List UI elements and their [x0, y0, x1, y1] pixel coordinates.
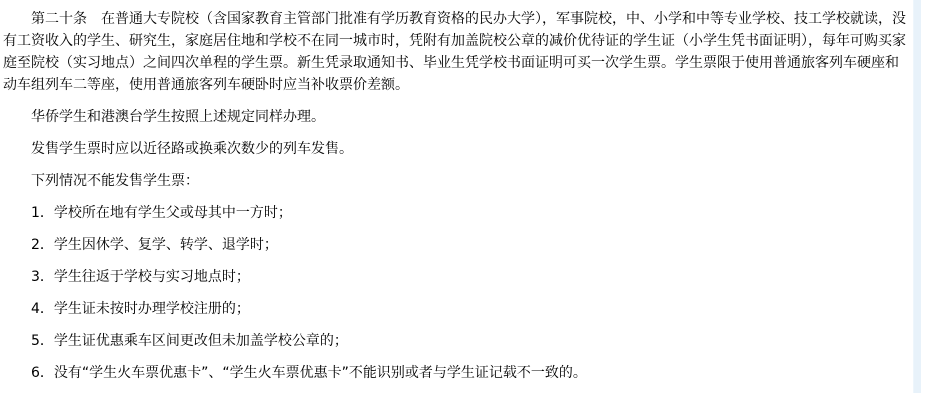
- article-clause-paragraph: 第二十条 在普通大专院校（含国家教育主管部门批准有学历教育资格的民办大学），军事…: [3, 8, 910, 96]
- regulation-article: 第二十条 在普通大专院校（含国家教育主管部门批准有学历教育资格的民办大学），军事…: [0, 0, 910, 393]
- exclusion-item-3: 3．学生往返于学校与实习地点时；: [3, 266, 910, 288]
- page-right-border: [913, 0, 921, 393]
- exclusion-item-4: 4．学生证未按时办理学校注册的；: [3, 298, 910, 320]
- exclusion-list-heading: 下列情况不能发售学生票：: [3, 170, 910, 192]
- exclusion-item-1: 1．学校所在地有学生父或母其中一方时；: [3, 202, 910, 224]
- overseas-students-paragraph: 华侨学生和港澳台学生按照上述规定同样办理。: [3, 106, 910, 128]
- exclusion-item-6: 6．没有“学生火车票优惠卡”、“学生火车票优惠卡”不能识别或者与学生证记载不一致…: [3, 362, 910, 384]
- exclusion-item-2: 2．学生因休学、复学、转学、退学时；: [3, 234, 910, 256]
- ticket-sale-rule-paragraph: 发售学生票时应以近径路或换乘次数少的列车发售。: [3, 138, 910, 160]
- exclusion-item-5: 5．学生证优惠乘车区间更改但未加盖学校公章的；: [3, 330, 910, 352]
